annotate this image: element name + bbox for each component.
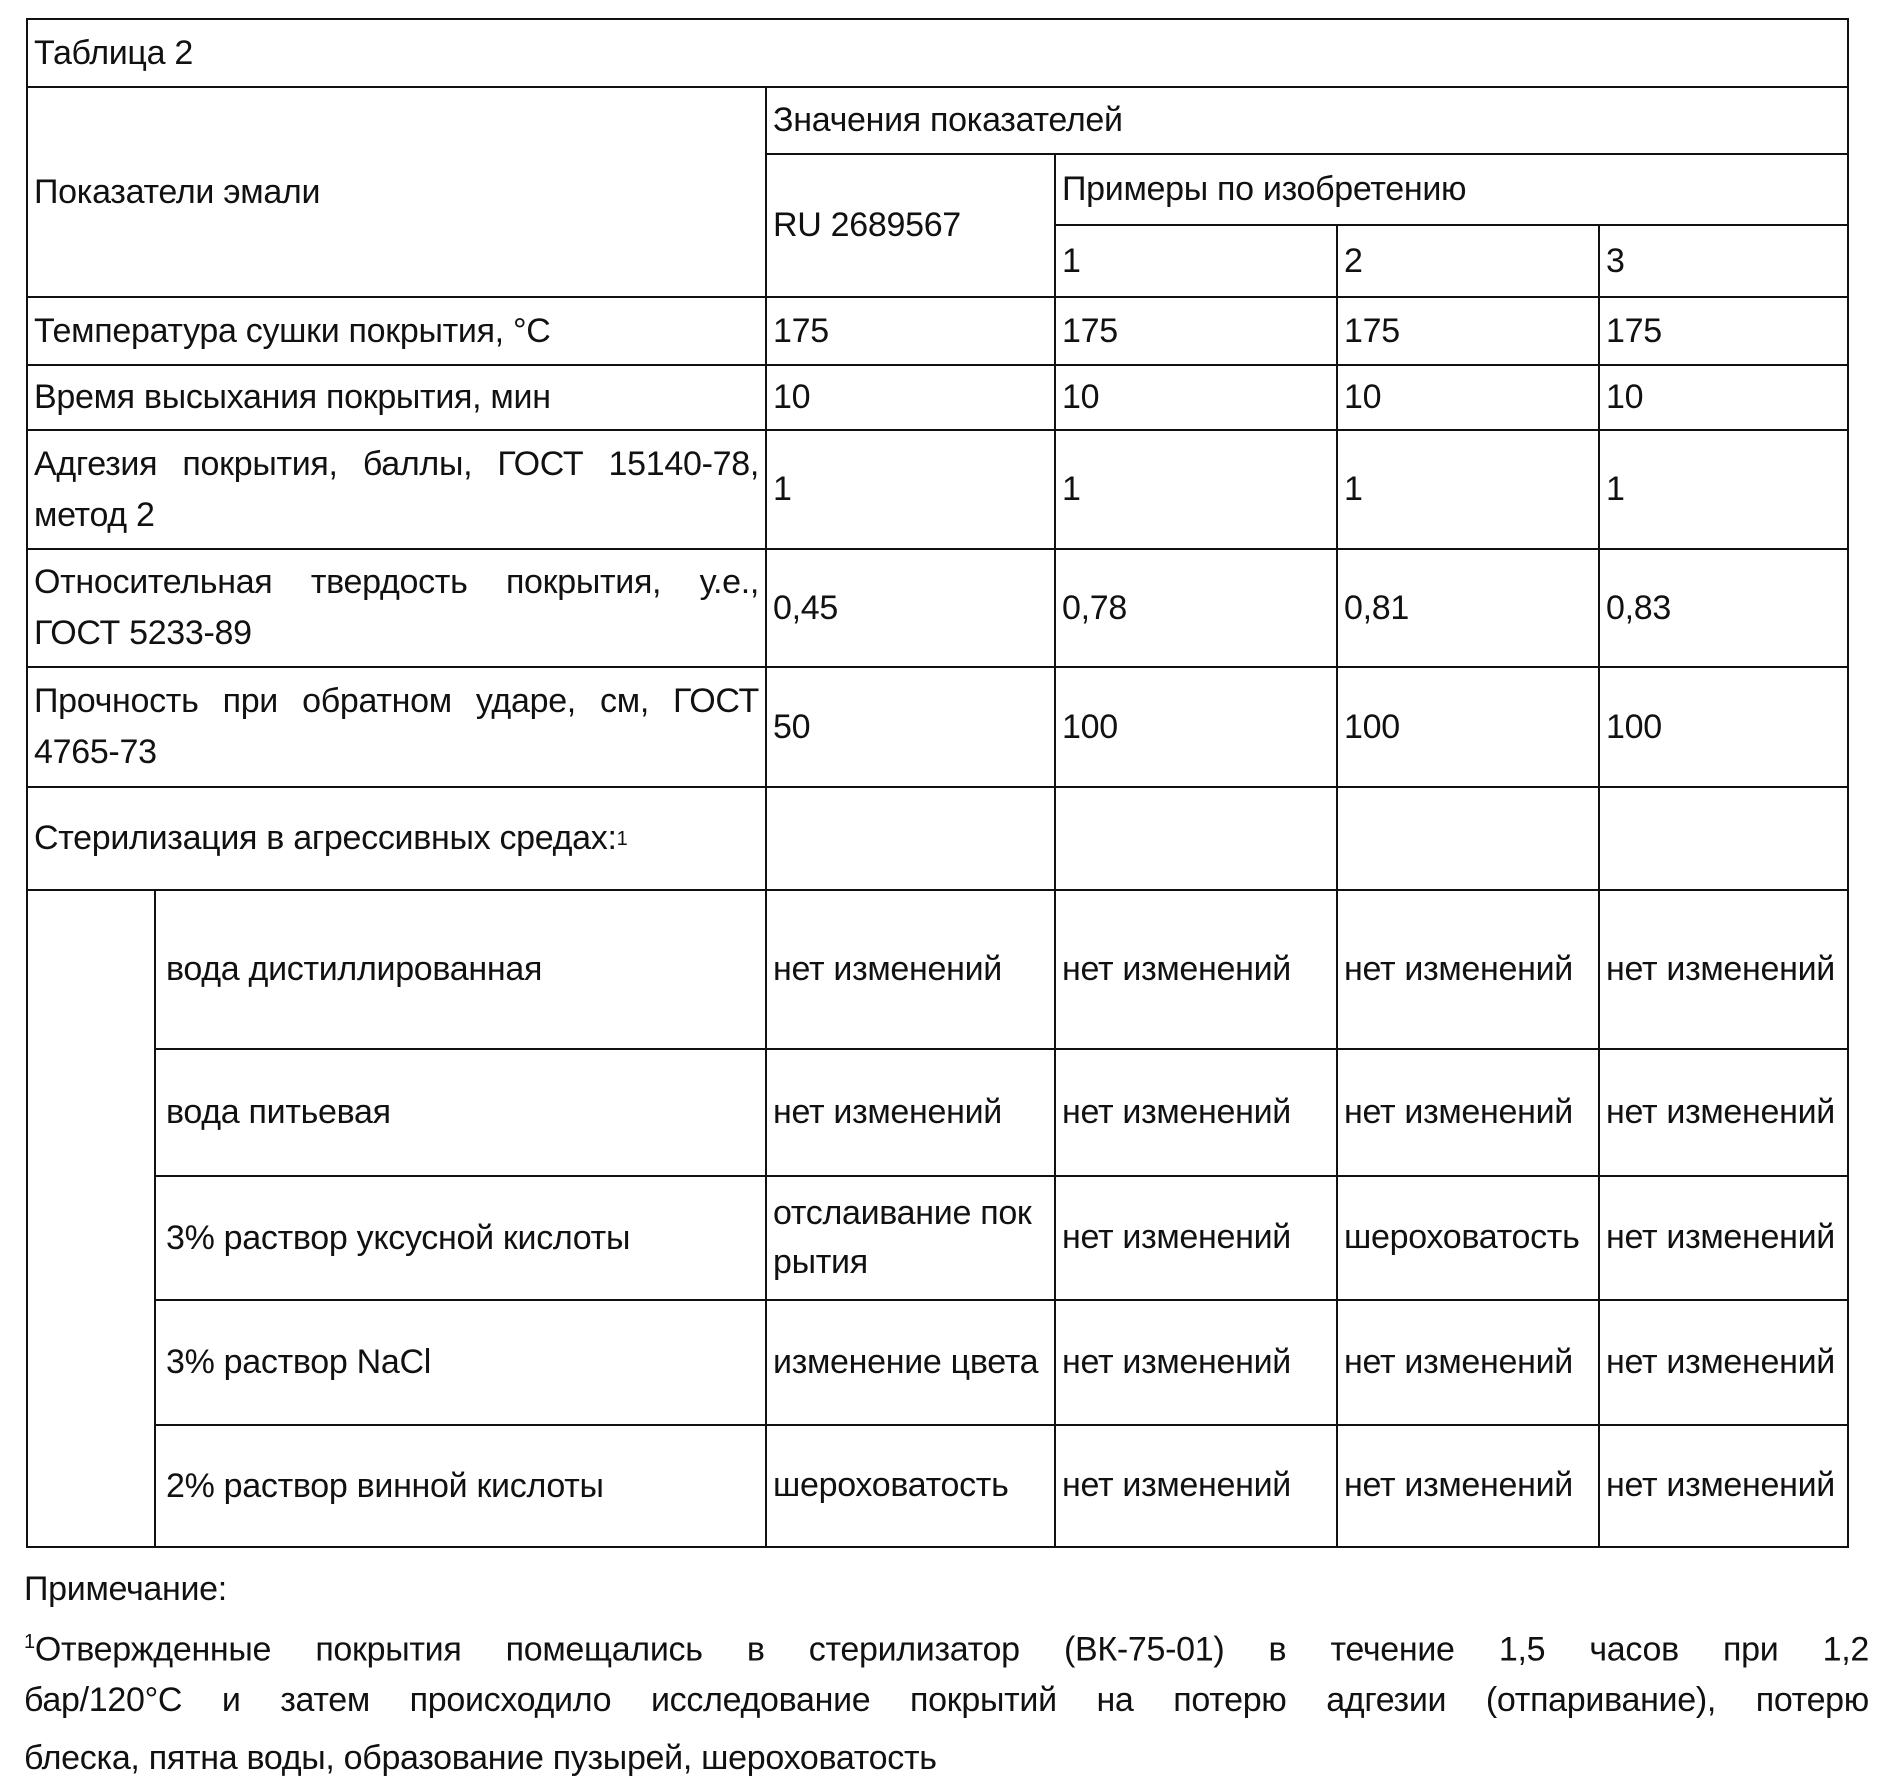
sterilization-result: нет изменений [1336,889,1600,1050]
sterilization-empty-cell [1054,786,1338,891]
medium-label: 3% раствор уксусной кислоты [154,1175,767,1301]
medium-label-text: вода питьевая [166,1087,391,1138]
sterilization-result: нет изменений [1598,889,1849,1050]
row-label: Время высыхания покрытия, мин [26,364,767,431]
row-value: 0,81 [1336,548,1600,668]
header-examples-group: Примеры по изобретению [1054,153,1849,226]
sterilization-empty-cell [1336,786,1600,891]
sterilization-result-text: нет изменений [1344,1461,1573,1510]
sterilization-empty-cell [765,786,1056,891]
row-label-text: Температура сушки покрытия, °C [34,306,551,357]
document-page: Таблица 2Показатели эмалиЗначения показа… [0,0,1889,1787]
table-caption-text: Таблица 2 [34,28,193,79]
row-value-text: 10 [1062,372,1099,423]
row-label-text: Адгезия покрытия, баллы, ГОСТ 15140-78, … [34,439,759,541]
sterilization-result: отслаивание покрытия [765,1175,1056,1301]
row-value: 10 [1598,364,1849,431]
sterilization-result: нет изменений [1054,1299,1338,1426]
row-value-text: 100 [1344,702,1400,753]
sterilization-result-text: отслаивание покрытия [773,1189,1048,1288]
header-example-2: 2 [1336,224,1600,298]
header-example-1: 1 [1054,224,1338,298]
row-label: Температура сушки покрытия, °C [26,296,767,366]
sterilization-result: нет изменений [1598,1299,1849,1426]
sterilization-result: нет изменений [1598,1424,1849,1548]
header-prior-art-text: RU 2689567 [773,200,961,251]
row-value-text: 175 [1344,306,1400,357]
sterilization-result-text: нет изменений [1606,1213,1835,1262]
sterilization-result-text: нет изменений [1606,1088,1835,1137]
header-example-3-text: 3 [1606,236,1625,287]
row-value: 1 [765,429,1056,550]
sterilization-result-text: нет изменений [1606,945,1835,994]
sterilization-empty-cell [1598,786,1849,891]
sterilization-result-text: шероховатость [1344,1213,1579,1262]
row-value-text: 100 [1062,702,1118,753]
sterilization-result-text: нет изменений [1062,1088,1291,1137]
row-value-text: 1 [773,464,792,515]
medium-label: вода дистиллированная [154,889,767,1050]
sterilization-result-text: изменение цвета [773,1338,1038,1387]
row-value: 10 [765,364,1056,431]
row-value: 1 [1598,429,1849,550]
row-value: 10 [1054,364,1338,431]
sterilization-label-text: Стерилизация в агрессивных средах: [34,813,617,864]
note-line-2: бар/120°С и затем происходило исследован… [24,1671,1869,1729]
row-value: 0,83 [1598,548,1849,668]
row-value: 100 [1054,666,1338,788]
sterilization-result-text: нет изменений [1062,1461,1291,1510]
header-indicators: Показатели эмали [26,86,767,298]
row-label: Адгезия покрытия, баллы, ГОСТ 15140-78, … [26,429,767,550]
sterilization-result: нет изменений [1054,1424,1338,1548]
row-value: 175 [1336,296,1600,366]
sterilization-result: нет изменений [1336,1299,1600,1426]
row-value-text: 175 [1062,306,1118,357]
row-value-text: 0,83 [1606,583,1671,634]
sterilization-result: нет изменений [1598,1175,1849,1301]
header-example-3: 3 [1598,224,1849,298]
sterilization-result-text: шероховатость [773,1461,1008,1510]
sterilization-result: нет изменений [765,889,1056,1050]
medium-label-text: вода дистиллированная [166,944,542,995]
row-value: 100 [1336,666,1600,788]
row-value-text: 0,45 [773,583,838,634]
sterilization-result-text: нет изменений [1062,945,1291,994]
header-prior-art: RU 2689567 [765,153,1056,298]
row-value: 100 [1598,666,1849,788]
sterilization-result-text: нет изменений [1344,1338,1573,1387]
row-value-text: 100 [1606,702,1662,753]
header-examples-group-text: Примеры по изобретению [1062,164,1466,215]
medium-label-text: 3% раствор уксусной кислоты [166,1213,630,1264]
medium-label: 3% раствор NaCl [154,1299,767,1426]
row-value: 1 [1054,429,1338,550]
note-line-3: блеска, пятна воды, образование пузырей,… [24,1729,1869,1787]
sterilization-result: нет изменений [1598,1048,1849,1177]
row-value-text: 175 [773,306,829,357]
row-value: 10 [1336,364,1600,431]
footnote-mark: 1 [24,1631,35,1653]
row-label: Прочность при обратном ударе, см, ГОСТ 4… [26,666,767,788]
sterilization-result: изменение цвета [765,1299,1056,1426]
row-value-text: 0,81 [1344,583,1409,634]
row-label-text: Относительная твердость покрытия, у.е., … [34,557,759,659]
row-value-text: 1 [1606,464,1625,515]
medium-label: вода питьевая [154,1048,767,1177]
row-value: 0,45 [765,548,1056,668]
sterilization-result: нет изменений [765,1048,1056,1177]
row-value: 1 [1336,429,1600,550]
sterilization-result-text: нет изменений [1344,945,1573,994]
header-values-group: Значения показателей [765,86,1849,155]
row-value-text: 1 [1062,464,1081,515]
sterilization-result-text: нет изменений [1344,1088,1573,1137]
header-example-1-text: 1 [1062,236,1081,287]
row-value: 175 [1598,296,1849,366]
row-value-text: 10 [773,372,810,423]
sterilization-result-text: нет изменений [1062,1338,1291,1387]
footnote-mark: 1 [617,824,628,854]
header-example-2-text: 2 [1344,236,1363,287]
sterilization-result-text: нет изменений [773,945,1002,994]
row-value-text: 50 [773,702,810,753]
sterilization-result: шероховатость [1336,1175,1600,1301]
sterilization-result: шероховатость [765,1424,1056,1548]
medium-label-text: 3% раствор NaCl [166,1337,431,1388]
row-value-text: 175 [1606,306,1662,357]
medium-label-text: 2% раствор винной кислоты [166,1461,604,1512]
row-label-text: Время высыхания покрытия, мин [34,372,551,423]
sterilization-result-text: нет изменений [1062,1213,1291,1262]
header-indicators-text: Показатели эмали [34,167,320,218]
medium-label: 2% раствор винной кислоты [154,1424,767,1548]
sterilization-result-text: нет изменений [1606,1461,1835,1510]
note-title: Примечание: [24,1560,1869,1618]
sterilization-result: нет изменений [1054,1175,1338,1301]
table-caption: Таблица 2 [26,18,1849,88]
row-label-text: Прочность при обратном ударе, см, ГОСТ 4… [34,676,759,778]
row-value-text: 10 [1606,372,1643,423]
header-values-group-text: Значения показателей [773,95,1123,146]
row-value-text: 0,78 [1062,583,1127,634]
row-label: Относительная твердость покрытия, у.е., … [26,548,767,668]
sterilization-result: нет изменений [1336,1048,1600,1177]
indent-cell [26,889,156,1548]
row-value: 50 [765,666,1056,788]
sterilization-result: нет изменений [1336,1424,1600,1548]
row-value-text: 10 [1344,372,1381,423]
sterilization-result-text: нет изменений [773,1088,1002,1137]
row-value: 0,78 [1054,548,1338,668]
row-value-text: 1 [1344,464,1363,515]
sterilization-result-text: нет изменений [1606,1338,1835,1387]
row-value: 175 [1054,296,1338,366]
note-text: Отвержденные покрытия помещались в стери… [35,1630,1869,1668]
sterilization-label: Стерилизация в агрессивных средах:1 [26,786,767,891]
note-line-1: 1Отвержденные покрытия помещались в стер… [24,1613,1869,1678]
sterilization-result: нет изменений [1054,1048,1338,1177]
sterilization-result: нет изменений [1054,889,1338,1050]
row-value: 175 [765,296,1056,366]
